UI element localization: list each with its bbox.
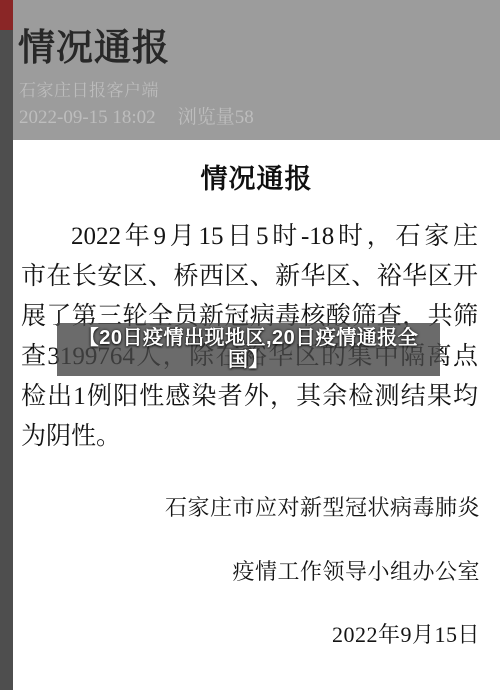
article-line: 为阴性。 — [21, 417, 478, 457]
article-line: 2022年9月15日5时-18时，石家庄 — [21, 217, 478, 257]
publish-meta: 2022-09-15 18:02浏览量58 — [19, 102, 254, 129]
article-title: 情况通报 — [13, 157, 500, 196]
article-line: 市在长安区、桥西区、新华区、裕华区开 — [21, 257, 478, 297]
signature-date: 2022年9月15日 — [332, 618, 480, 649]
source-name: 石家庄日报客户端 — [19, 76, 159, 101]
corner-marker — [0, 0, 13, 30]
caption-text-line-1: 【20日疫情出现地区,20日疫情通报全 — [57, 327, 440, 349]
left-edge-strip — [0, 0, 13, 690]
article-line: 检出1例阳性感染者外，其余检测结果均 — [21, 377, 478, 417]
signature-org-line-1: 石家庄市应对新型冠状病毒肺炎 — [165, 491, 480, 522]
video-caption-overlay: 【20日疫情出现地区,20日疫情通报全 国】 — [57, 323, 440, 376]
caption-text-line-2: 国】 — [57, 349, 440, 371]
signature-org-line-2: 疫情工作领导小组办公室 — [232, 555, 480, 586]
view-count: 浏览量58 — [178, 107, 254, 128]
header-title: 情况通报 — [18, 17, 170, 71]
publish-date: 2022-09-15 18:02 — [19, 107, 156, 128]
article-page: 情况通报 石家庄日报客户端 2022-09-15 18:02浏览量58 情况通报… — [0, 0, 500, 690]
